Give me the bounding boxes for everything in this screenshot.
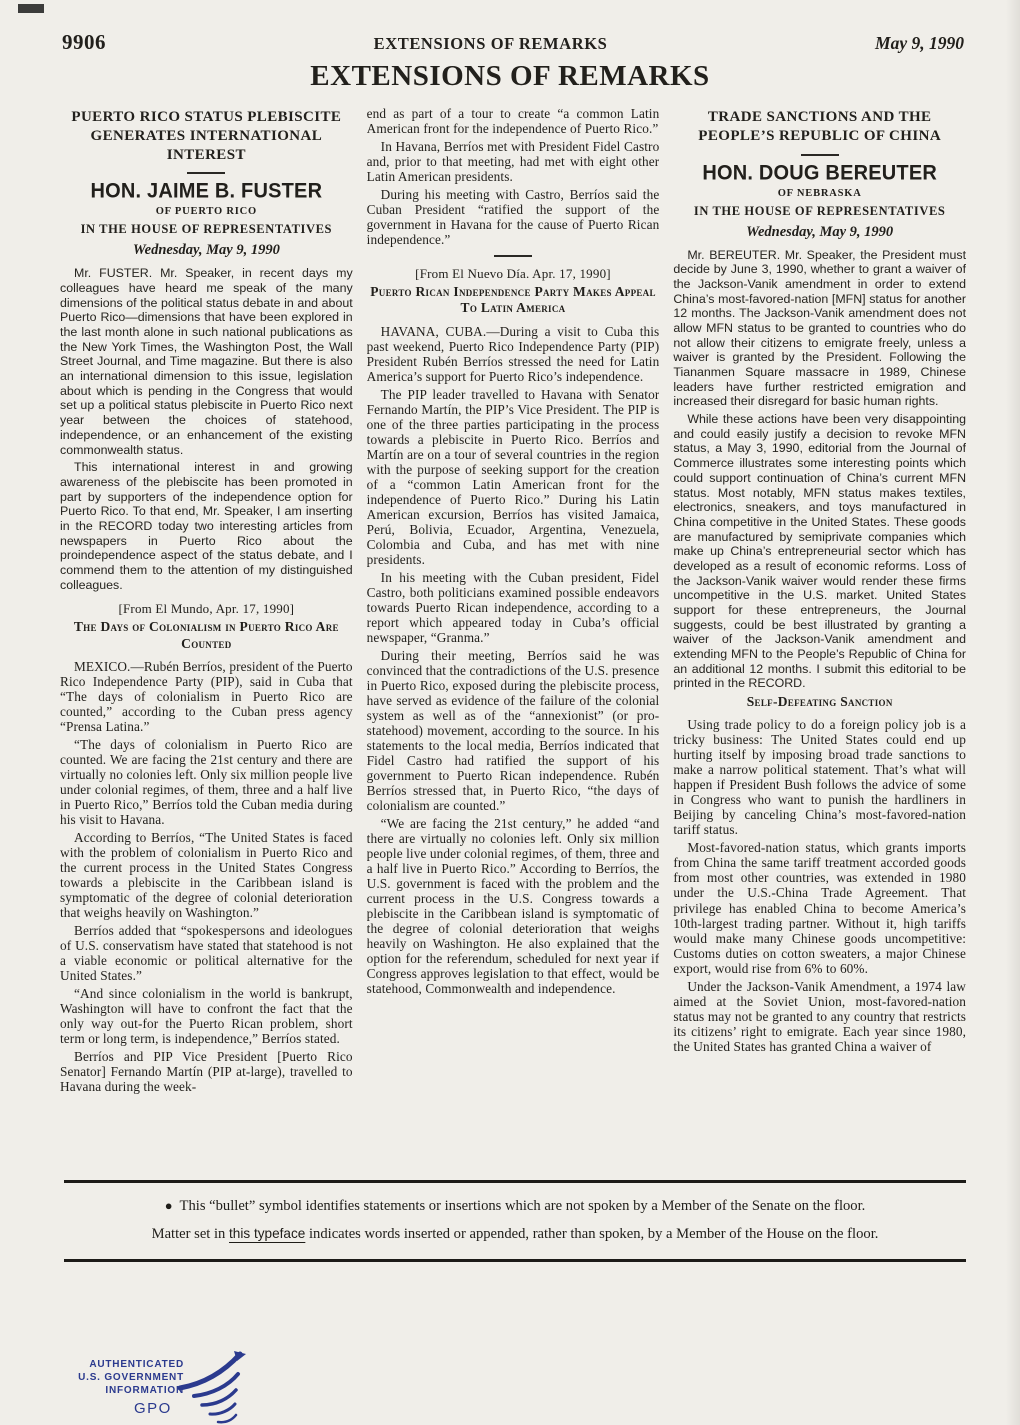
member-state: OF PUERTO RICO xyxy=(60,206,353,217)
legend-typeface-prefix: Matter set in xyxy=(152,1226,229,1242)
paragraph: HAVANA, CUBA.—During a visit to Cuba thi… xyxy=(367,324,660,384)
article-subhead: Self-Defeating Sanction xyxy=(673,694,966,710)
paragraph: In his meeting with the Cuban president,… xyxy=(367,570,660,645)
scan-edge-shadow xyxy=(1006,0,1020,1425)
paragraph: While these actions have been very disap… xyxy=(673,412,966,691)
session-date: Wednesday, May 9, 1990 xyxy=(673,224,966,241)
paragraph: MEXICO.—Rubén Berríos, president of the … xyxy=(60,659,353,734)
paragraph: In Havana, Berríos met with President Fi… xyxy=(367,139,660,184)
column-left: PUERTO RICO STATUS PLEBISCITE GENERATES … xyxy=(60,106,353,1172)
gpo-seal-line2: U.S. GOVERNMENT xyxy=(56,1371,184,1384)
member-state: OF NEBRASKA xyxy=(673,188,966,199)
legend-typeface-line: Matter set in this typeface indicates wo… xyxy=(68,1220,962,1248)
paragraph: The PIP leader travelled to Havana with … xyxy=(367,387,660,567)
typeface-legend: ●This “bullet” symbol identifies stateme… xyxy=(64,1180,966,1262)
paragraph: Berríos added that “spokespersons and id… xyxy=(60,923,353,983)
gpo-eagle-icon xyxy=(174,1348,252,1424)
column-right: TRADE SANCTIONS AND THE PEOPLE’S REPUBLI… xyxy=(673,106,966,1172)
gpo-seal-line1: AUTHENTICATED xyxy=(56,1358,184,1371)
paragraph: Under the Jackson-Vanik Amendment, a 197… xyxy=(673,979,966,1054)
column-center: end as part of a tour to create “a commo… xyxy=(367,106,660,1172)
paragraph: “We are facing the 21st century,” he add… xyxy=(367,816,660,996)
gpo-seal-text: AUTHENTICATED U.S. GOVERNMENT INFORMATIO… xyxy=(56,1358,184,1397)
paragraph: Most-favored-nation status, which grants… xyxy=(673,840,966,975)
article-subhead: The Days of Colonialism in Puerto Rico A… xyxy=(60,619,353,651)
paragraph-continuation: end as part of a tour to create “a commo… xyxy=(367,106,660,136)
legend-typeface-suffix: indicates words inserted or appended, ra… xyxy=(305,1226,878,1242)
headline-separator-rule xyxy=(801,154,839,156)
member-name-bereuter: HON. DOUG BEREUTER xyxy=(673,161,966,185)
congressional-record-page: 9906 EXTENSIONS OF REMARKS May 9, 1990 E… xyxy=(0,0,1020,1425)
paragraph: Using trade policy to do a foreign polic… xyxy=(673,717,966,837)
paragraph: This international interest in and growi… xyxy=(60,460,353,592)
article-columns: PUERTO RICO STATUS PLEBISCITE GENERATES … xyxy=(60,106,966,1172)
legend-typeface-sample: this typeface xyxy=(229,1226,305,1241)
article-separator-rule xyxy=(494,255,532,257)
gpo-seal-line3: INFORMATION xyxy=(56,1384,184,1397)
paragraph: During their meeting, Berríos said he wa… xyxy=(367,648,660,813)
gpo-authentication-seal: AUTHENTICATED U.S. GOVERNMENT INFORMATIO… xyxy=(56,1352,246,1422)
paragraph: “The days of colonialism in Puerto Rico … xyxy=(60,737,353,827)
gpo-acronym: GPO xyxy=(134,1400,172,1417)
paragraph: During his meeting with Castro, Berríos … xyxy=(367,187,660,247)
source-line-el-mundo: [From El Mundo, Apr. 17, 1990] xyxy=(60,601,353,617)
section-title: EXTENSIONS OF REMARKS xyxy=(0,60,1020,93)
paragraph: Berríos and PIP Vice President [Puerto R… xyxy=(60,1049,353,1094)
paragraph: Mr. BEREUTER. Mr. Speaker, the President… xyxy=(673,248,966,410)
paragraph: “And since colonialism in the world is b… xyxy=(60,986,353,1046)
page-number: 9906 xyxy=(62,30,106,55)
article-headline-trade-sanctions: TRADE SANCTIONS AND THE PEOPLE’S REPUBLI… xyxy=(673,108,966,146)
article-subhead: Puerto Rican Independence Party Makes Ap… xyxy=(367,284,660,316)
chamber-line: IN THE HOUSE OF REPRESENTATIVES xyxy=(673,204,966,219)
session-date: Wednesday, May 9, 1990 xyxy=(60,242,353,259)
member-name-fuster: HON. JAIME B. FUSTER xyxy=(60,180,353,204)
bullet-icon: ● xyxy=(165,1198,173,1213)
running-title: EXTENSIONS OF REMARKS xyxy=(374,34,608,54)
chamber-line: IN THE HOUSE OF REPRESENTATIVES xyxy=(60,222,353,237)
headline-separator-rule xyxy=(187,172,225,174)
article-headline-puerto-rico: PUERTO RICO STATUS PLEBISCITE GENERATES … xyxy=(60,108,353,164)
running-head: 9906 EXTENSIONS OF REMARKS May 9, 1990 xyxy=(62,30,964,55)
paragraph: According to Berríos, “The United States… xyxy=(60,830,353,920)
legend-bullet-text: This “bullet” symbol identifies statemen… xyxy=(180,1198,866,1214)
legend-bottom-rule xyxy=(64,1259,966,1262)
scan-artifact-mark xyxy=(18,4,44,13)
source-line-el-nuevo-dia: [From El Nuevo Día. Apr. 17, 1990] xyxy=(367,266,660,282)
legend-bullet-line: ●This “bullet” symbol identifies stateme… xyxy=(68,1192,962,1220)
paragraph: Mr. FUSTER. Mr. Speaker, in recent days … xyxy=(60,266,353,457)
issue-date: May 9, 1990 xyxy=(875,33,964,54)
